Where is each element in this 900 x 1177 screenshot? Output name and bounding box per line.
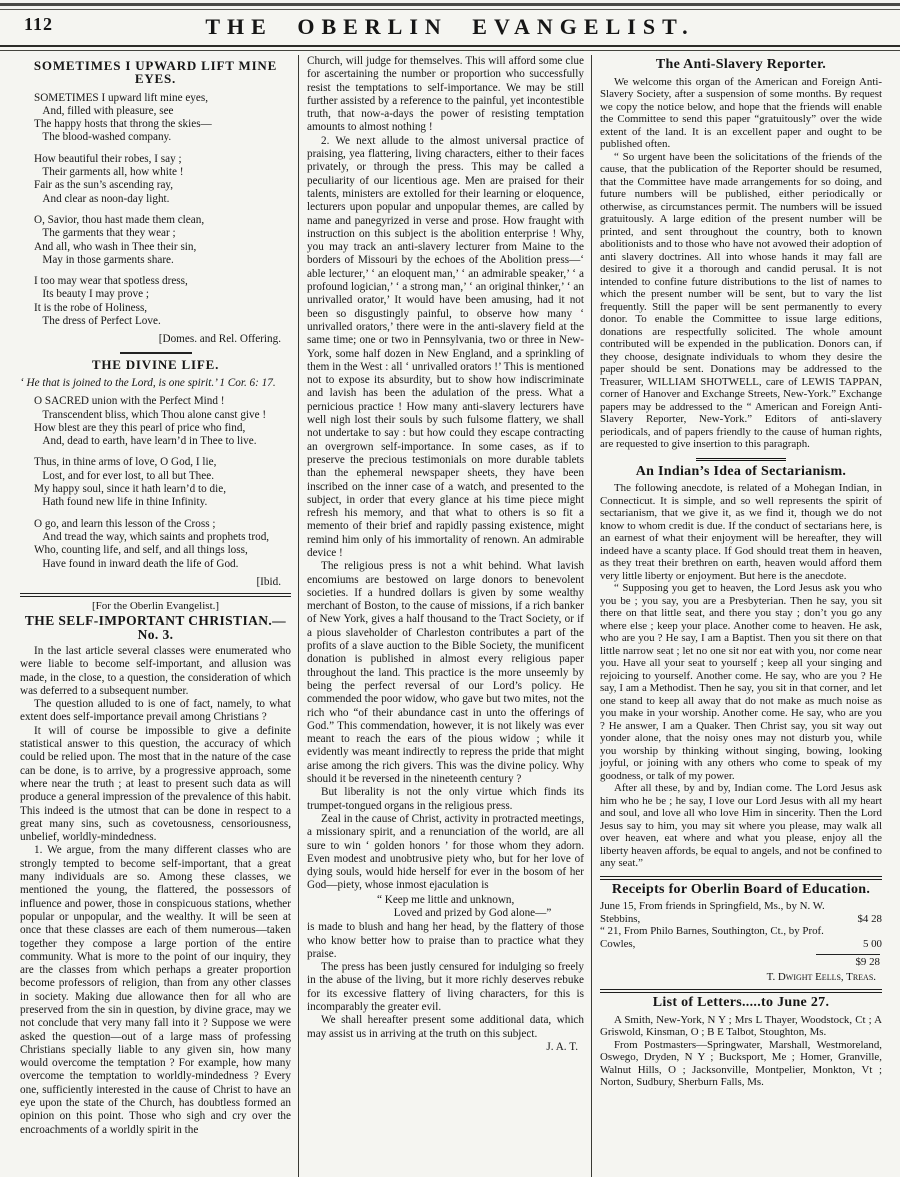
section-title: List of Letters.....to June 27. bbox=[600, 997, 882, 1010]
article-paragraph: It will of course be impossible to give … bbox=[20, 725, 291, 845]
poem-attribution: [Domes. and Rel. Offering. bbox=[20, 333, 291, 346]
poem-title: THE DIVINE LIFE. bbox=[20, 358, 291, 371]
poem-body: SOMETIMES I upward lift mine eyes, And, … bbox=[20, 92, 291, 329]
columns-container: SOMETIMES I UPWARD LIFT MINE EYES. SOMET… bbox=[0, 51, 900, 1177]
section-indians-idea-of-sectarianism: An Indian’s Idea of Sectarianism. The fo… bbox=[600, 466, 882, 870]
article-paragraph: In the last article several classes were… bbox=[20, 645, 291, 698]
poem-divine-life: THE DIVINE LIFE. ‘ He that is joined to … bbox=[20, 358, 291, 589]
receipt-row: “ 21, From Philo Barnes, Southington, Ct… bbox=[600, 925, 882, 950]
section-paragraphs: A Smith, New-York, N Y ; Mrs L Thayer, W… bbox=[600, 1014, 882, 1089]
article-paragraphs: In the last article several classes were… bbox=[20, 645, 291, 1137]
article-paragraph: 1. We argue, from the many different cla… bbox=[20, 844, 291, 1137]
article-paragraph: But liberality is not the only virtue wh… bbox=[307, 786, 584, 813]
receipt-description: June 15, From friends in Springfield, Ms… bbox=[600, 900, 840, 925]
poem-stanza: O SACRED union with the Perfect Mind ! T… bbox=[34, 395, 291, 448]
article-paragraph: 2. We next allude to the almost universa… bbox=[307, 135, 584, 561]
receipt-total: $9 28 bbox=[600, 956, 882, 969]
article-dateline: [For the Oberlin Evangelist.] bbox=[20, 600, 291, 613]
section-paragraph: “ Supposing you get to heaven, the Lord … bbox=[600, 582, 882, 782]
page-header: 112 THE OBERLIN EVANGELIST. bbox=[0, 12, 900, 42]
article-paragraphs: 2. We next allude to the almost universa… bbox=[307, 135, 584, 893]
continued-paragraph: is made to blush and hang her head, by t… bbox=[307, 921, 584, 961]
receipt-row: June 15, From friends in Springfield, Ms… bbox=[600, 900, 882, 925]
scripture-epigraph: ‘ He that is joined to the Lord, is one … bbox=[20, 377, 291, 390]
section-paragraph: “ So urgent have been the solicitations … bbox=[600, 151, 882, 451]
section-divider-rule bbox=[20, 593, 291, 597]
section-paragraphs: The following anecdote, is related of a … bbox=[600, 482, 882, 870]
hymn-quotation: “ Keep me little and unknown, Loved and … bbox=[377, 894, 584, 921]
poem-title: SOMETIMES I UPWARD LIFT MINE EYES. bbox=[20, 59, 291, 86]
section-anti-slavery-reporter: The Anti-Slavery Reporter. We welcome th… bbox=[600, 59, 882, 451]
poem-stanza: SOMETIMES I upward lift mine eyes, And, … bbox=[34, 92, 291, 145]
receipt-total-rule bbox=[816, 954, 880, 955]
section-divider-rule bbox=[600, 989, 882, 993]
receipt-amount: 5 00 bbox=[840, 938, 882, 951]
receipt-entries: June 15, From friends in Springfield, Ms… bbox=[600, 900, 882, 950]
section-title: Receipts for Oberlin Board of Education. bbox=[600, 884, 882, 897]
right-column: The Anti-Slavery Reporter. We welcome th… bbox=[591, 55, 884, 1177]
section-paragraph: We welcome this organ of the American an… bbox=[600, 76, 882, 151]
section-paragraph: After all these, by and by, Indian come.… bbox=[600, 782, 882, 870]
newspaper-page: 112 THE OBERLIN EVANGELIST. SOMETIMES I … bbox=[0, 0, 900, 1177]
section-paragraph: The following anecdote, is related of a … bbox=[600, 482, 882, 582]
treasurer-signature: T. Dwight Eells, Treas. bbox=[600, 971, 882, 984]
top-border-rule bbox=[0, 3, 900, 10]
section-paragraph: From Postmasters—Springwater, Marshall, … bbox=[600, 1039, 882, 1089]
poem-body: O SACRED union with the Perfect Mind ! T… bbox=[20, 395, 291, 571]
section-divider bbox=[696, 458, 786, 461]
article-self-important-christian: [For the Oberlin Evangelist.] THE SELF-I… bbox=[20, 600, 291, 1137]
article-paragraph: The religious press is not a whit behind… bbox=[307, 560, 584, 786]
section-title: An Indian’s Idea of Sectarianism. bbox=[600, 466, 882, 479]
closing-text: We shall hereafter present some addition… bbox=[307, 1014, 584, 1039]
article-paragraphs: The press has been justly censured for i… bbox=[307, 961, 584, 1014]
article-title: THE SELF-IMPORTANT CHRISTIAN.—No. 3. bbox=[20, 614, 291, 641]
section-receipts-board-of-education: Receipts for Oberlin Board of Education.… bbox=[600, 884, 882, 984]
section-list-of-letters: List of Letters.....to June 27. A Smith,… bbox=[600, 997, 882, 1089]
section-paragraph: A Smith, New-York, N Y ; Mrs L Thayer, W… bbox=[600, 1014, 882, 1039]
middle-column: Church, will judge for themselves. This … bbox=[298, 55, 591, 1177]
masthead-title: THE OBERLIN EVANGELIST. bbox=[0, 12, 900, 40]
receipt-amount: $4 28 bbox=[840, 913, 882, 926]
closing-paragraph: We shall hereafter present some addition… bbox=[307, 1014, 584, 1041]
poem-stanza: O, Savior, thou hast made them clean, Th… bbox=[34, 214, 291, 267]
poem-stanza: O go, and learn this lesson of the Cross… bbox=[34, 518, 291, 571]
section-title: The Anti-Slavery Reporter. bbox=[600, 59, 882, 72]
poem-stanza: Thus, in thine arms of love, O God, I li… bbox=[34, 456, 291, 509]
article-paragraph: The question alluded to is one of fact, … bbox=[20, 698, 291, 725]
section-divider-rule bbox=[600, 876, 882, 880]
receipt-description: “ 21, From Philo Barnes, Southington, Ct… bbox=[600, 925, 840, 950]
article-paragraph: Zeal in the cause of Christ, activity in… bbox=[307, 813, 584, 893]
continued-paragraph: Church, will judge for themselves. This … bbox=[307, 55, 584, 135]
left-column: SOMETIMES I UPWARD LIFT MINE EYES. SOMET… bbox=[20, 55, 298, 1177]
poem-attribution: [Ibid. bbox=[20, 576, 291, 589]
author-initials: J. A. T. bbox=[532, 1041, 584, 1054]
poem-stanza: How beautiful their robes, I say ; Their… bbox=[34, 153, 291, 206]
section-paragraphs: We welcome this organ of the American an… bbox=[600, 76, 882, 451]
poem-sometimes-i-upward: SOMETIMES I UPWARD LIFT MINE EYES. SOMET… bbox=[20, 59, 291, 347]
poem-stanza: I too may wear that spotless dress, Its … bbox=[34, 275, 291, 328]
page-number: 112 bbox=[24, 14, 53, 35]
section-divider bbox=[120, 352, 192, 354]
article-paragraph: The press has been justly censured for i… bbox=[307, 961, 584, 1014]
